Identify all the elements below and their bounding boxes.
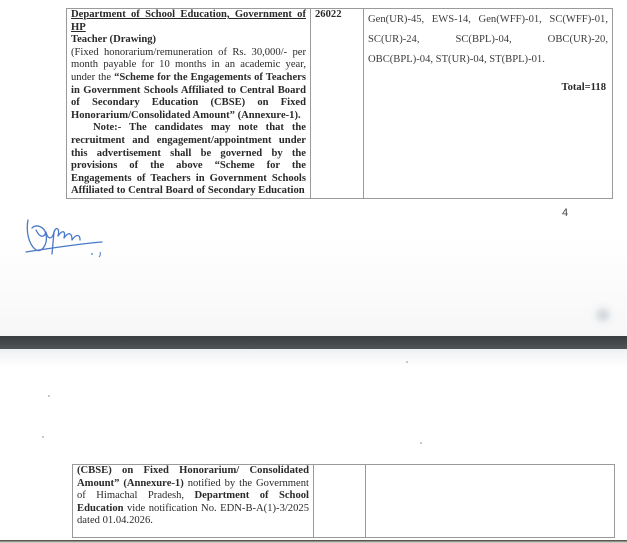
scan-speck bbox=[42, 436, 44, 438]
scan-speck bbox=[406, 361, 408, 363]
scan-speck bbox=[420, 442, 422, 444]
scan-speck bbox=[48, 395, 50, 397]
category-cell bbox=[366, 465, 615, 538]
clipped-date-line: dated 01.04.2026. bbox=[72, 0, 151, 3]
category-breakdown: Gen(UR)-45, EWS-14, Gen(WFF)-01, SC(WFF)… bbox=[368, 9, 608, 70]
post-code-cell: 26022 bbox=[311, 9, 364, 199]
category-cell: Gen(UR)-45, EWS-14, Gen(WFF)-01, SC(WFF)… bbox=[364, 9, 613, 199]
total-posts: Total=118 bbox=[368, 82, 608, 95]
page-separator bbox=[0, 336, 627, 349]
scan-smudge bbox=[588, 300, 618, 330]
post-title: Teacher (Drawing) bbox=[71, 34, 306, 47]
post-code-cell bbox=[314, 465, 366, 538]
vacancy-table-page-5: (CBSE) on Fixed Honorarium/ Consolidated… bbox=[72, 464, 615, 538]
document-page-5: (CBSE) on Fixed Honorarium/ Consolidated… bbox=[0, 349, 627, 540]
post-description-cell: Department of School Education, Governme… bbox=[67, 9, 311, 199]
table-row: (CBSE) on Fixed Honorarium/ Consolidated… bbox=[73, 465, 615, 538]
post-description-cell: (CBSE) on Fixed Honorarium/ Consolidated… bbox=[73, 465, 314, 538]
note-text: Note:- The candidates may note that the … bbox=[71, 122, 306, 198]
signature-icon bbox=[22, 214, 112, 264]
table-row: Department of School Education, Governme… bbox=[67, 9, 613, 199]
page-number: 4 bbox=[562, 207, 568, 219]
document-page-4: dated 01.04.2026. Department of School E… bbox=[0, 0, 627, 336]
department-name: Department of School Education, Governme… bbox=[71, 9, 306, 33]
vacancy-table-page-4: Department of School Education, Governme… bbox=[66, 8, 613, 199]
